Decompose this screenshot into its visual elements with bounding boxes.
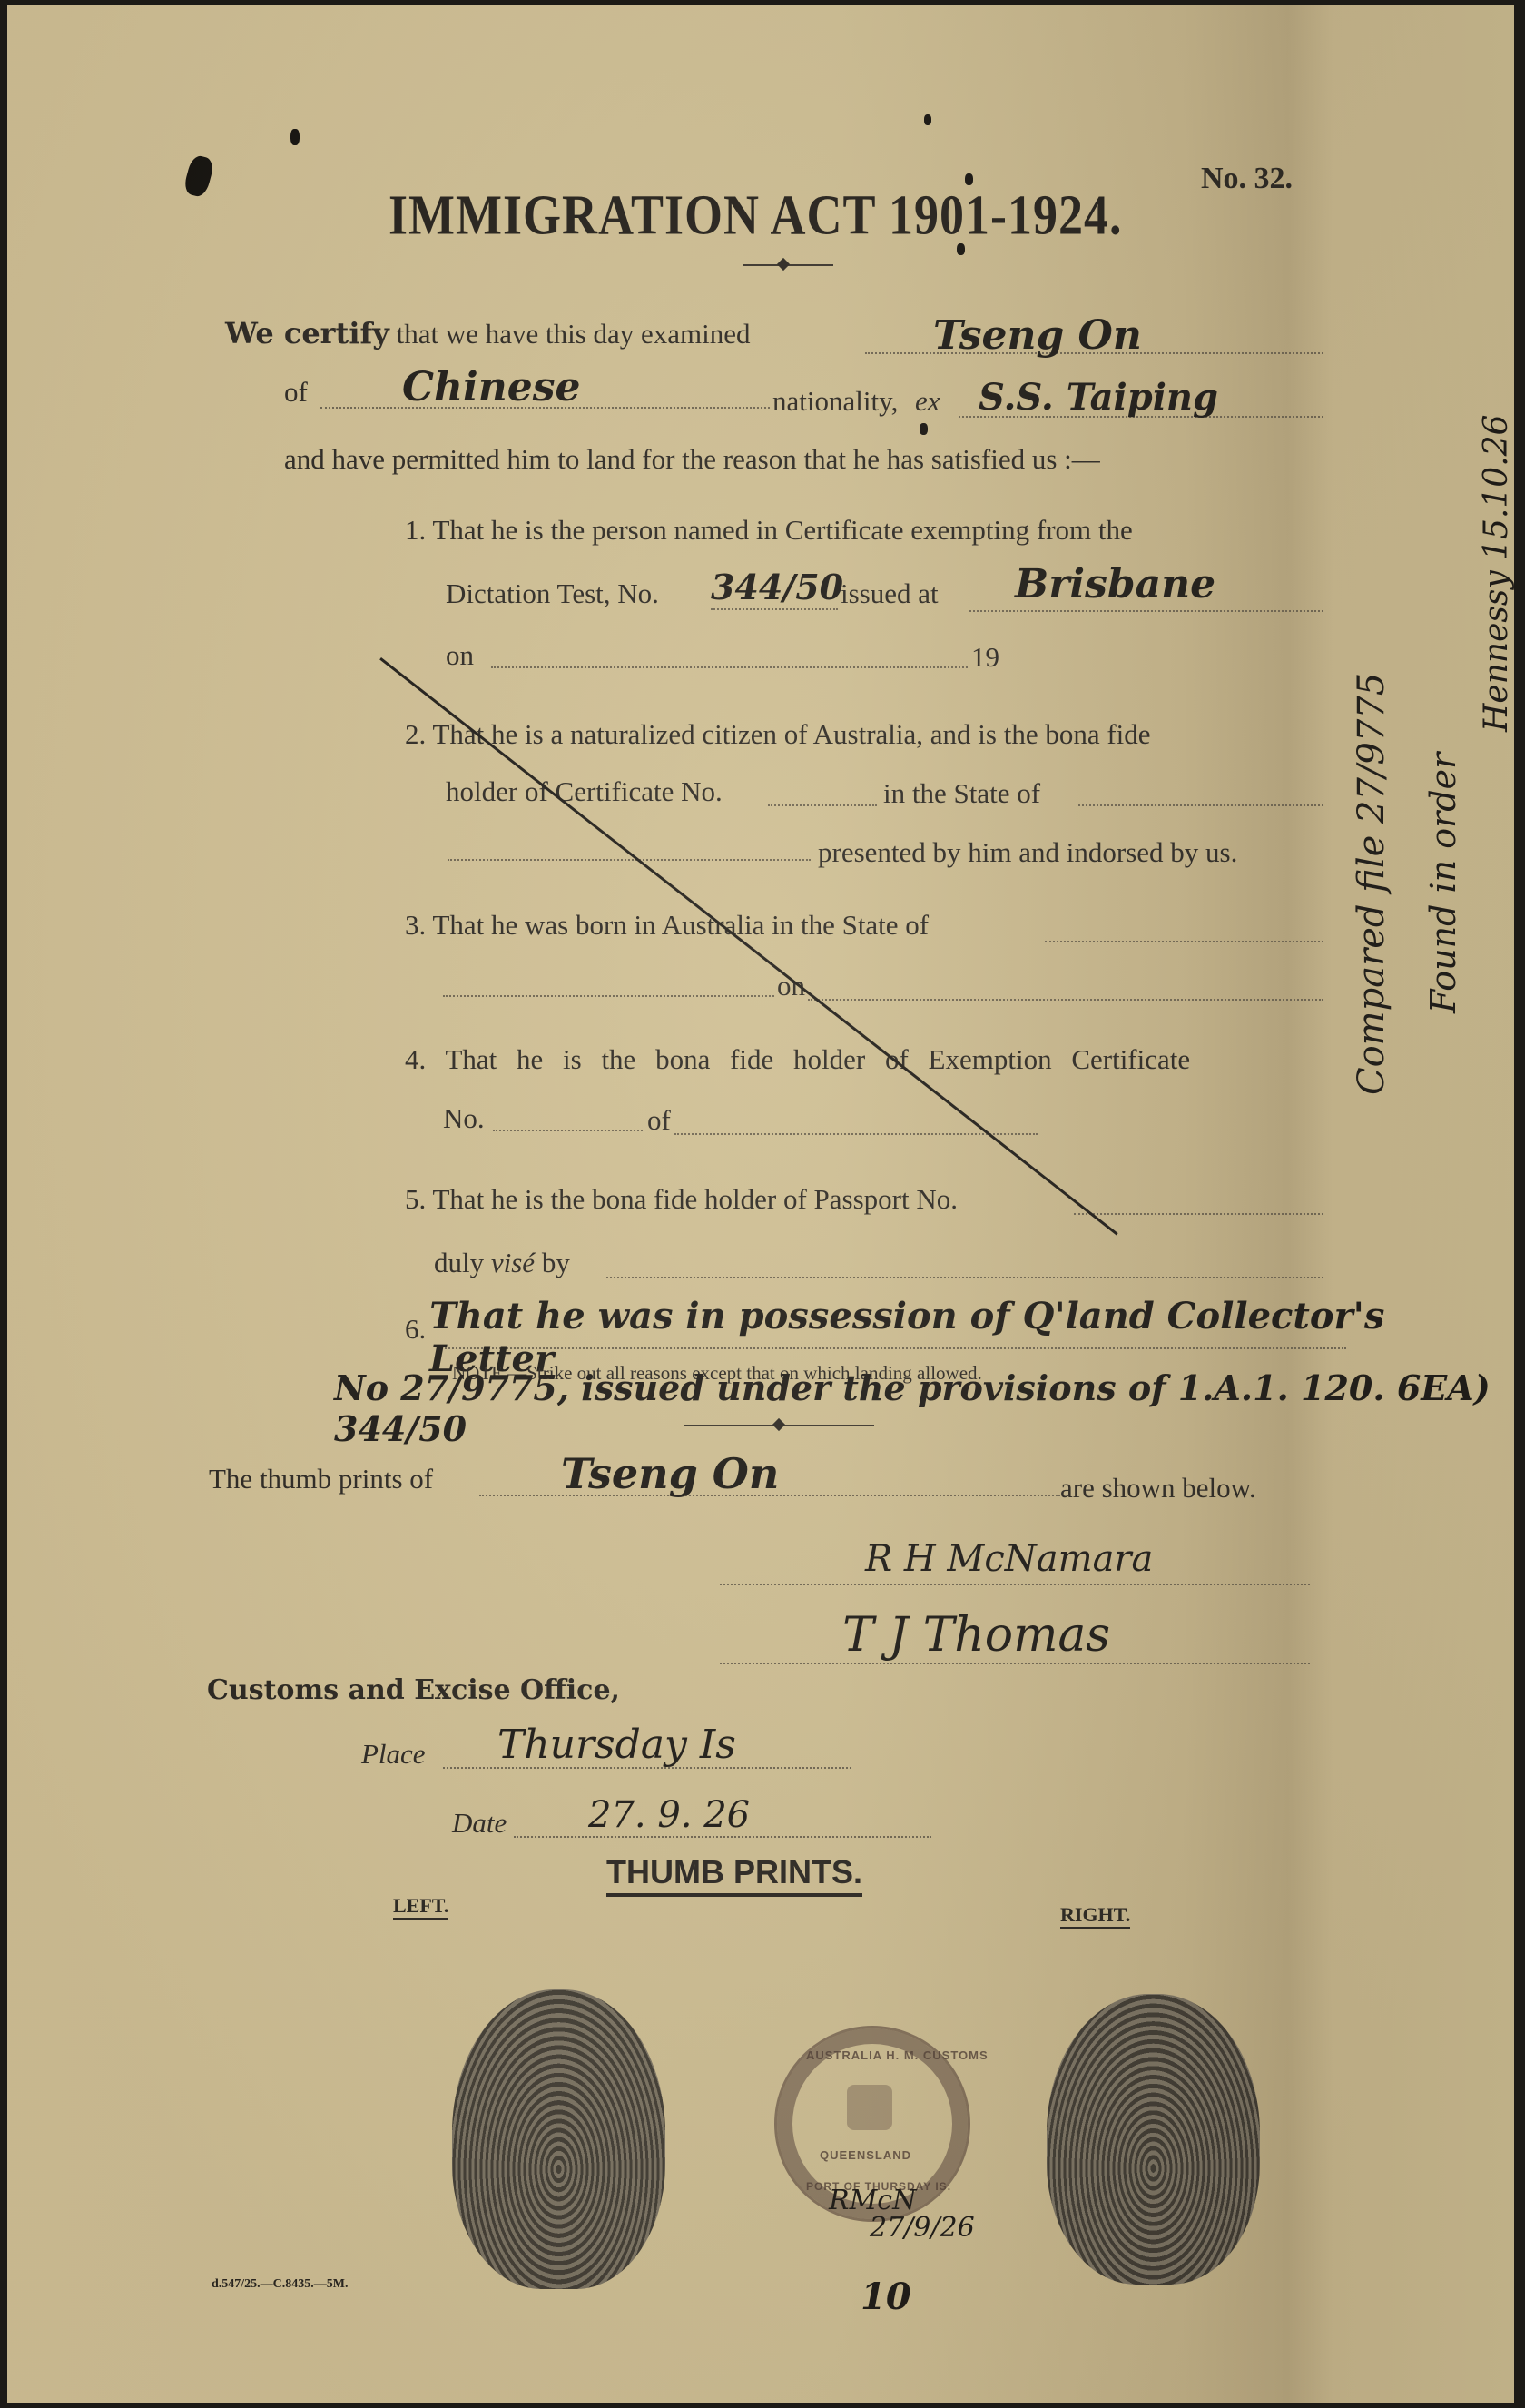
date-field [514,1836,931,1838]
coat-of-arms-icon [847,2085,892,2130]
reason-4-of-label: of [647,1104,671,1137]
reason-6-handwritten-line1: That he was in possession of Q'land Coll… [429,1295,1514,1380]
punch-dot [924,114,931,125]
certify-lead: We certify [225,316,389,350]
thumb-prints-heading: THUMB PRINTS. [606,1853,862,1897]
reason-5-line1: 5. That he is the bona fide holder of Pa… [405,1183,958,1216]
nationality-field [320,407,770,409]
examined-name-value: Tseng On [933,312,1142,359]
ornament-diamond-icon [777,258,790,271]
certificate-no-field [711,608,838,610]
stamp-outer-bottom: PORT OF THURSDAY IS. [806,2180,951,2193]
reason-4-no-field [493,1130,643,1131]
reason-1-on-label: on [446,639,474,672]
reason-2-line1: 2. That he is a naturalized citizen of A… [405,718,1151,751]
signature-1: R H McNamara [865,1538,1153,1580]
note-ornament [684,1425,874,1426]
issued-at-value: Brisbane [1015,561,1215,607]
margin-note-line1: Compared file 27/9775 [1351,673,1392,1095]
thumb-prints-name: Tseng On [561,1449,779,1498]
reason-3-state-field [1045,941,1323,942]
reason-3-line2-field [443,995,774,997]
stamp-date: 27/9/26 [870,2212,975,2244]
reason-5-passport-field [1074,1213,1323,1215]
reason-1-date-field [491,666,968,668]
bottom-mark: 10 [861,2275,911,2318]
ornament-diamond-icon [772,1418,785,1431]
title-ornament [743,264,833,266]
document-page: No. 32. IMMIGRATION ACT 1901-1924. We ce… [7,5,1514,2403]
ship-field [959,416,1323,418]
form-number: No. 32. [1201,162,1293,196]
permitted-text: and have permitted him to land for the r… [284,443,1100,476]
nationality-value: Chinese [402,364,580,410]
office-label: Customs and Excise Office, [207,1674,620,1706]
thumb-prints-name-field [479,1495,1060,1496]
right-thumbprint [1047,1994,1260,2285]
date-value: 27. 9. 26 [588,1794,750,1836]
issued-at-field [969,610,1323,612]
examined-name-field [865,352,1323,354]
margin-note-line3: Hennessy 15.10.26 [1478,415,1515,732]
reason-2-line3: presented by him and indorsed by us. [818,836,1237,869]
place-value: Thursday Is [497,1722,736,1768]
certify-line: We certify that we have this day examine… [225,316,751,350]
printer-code: d.547/25.—C.8435.—5M. [212,2277,349,2292]
left-thumb-label: LEFT. [393,1894,448,1920]
stamp-outer-top: AUSTRALIA H. M. CUSTOMS [806,2048,989,2062]
reason-4-line1: 4. That he is the bona fide holder of Ex… [405,1043,1190,1076]
thumb-prints-prefix: The thumb prints of [209,1463,433,1495]
strike-out-note: NOTE.—Strike out all reasons except that… [452,1362,982,1385]
nationality-label: nationality, [772,385,898,418]
reason-1-line2: Dictation Test, No. [446,577,659,610]
reason-6-number: 6. [405,1313,426,1346]
reason-2-state-label: in the State of [883,777,1040,810]
reason-3-date-field [808,999,1323,1001]
left-thumbprint [452,1989,665,2289]
certificate-no-value: 344/50 [711,567,843,607]
reason-5-vise-line: duly visé by [434,1247,570,1279]
reason-2-state-field [1078,804,1323,806]
reason-5-by-field [606,1277,1323,1278]
signature-2: T J Thomas [842,1608,1110,1663]
reason-3-on-label: on [777,970,805,1002]
paper-hole [182,153,216,198]
place-label: Place [361,1738,426,1771]
paper-hole [290,129,300,145]
stamp-inner: QUEENSLAND [820,2148,911,2162]
right-thumb-label: RIGHT. [1060,1903,1130,1929]
reason-4-of-field [674,1133,1038,1135]
date-label: Date [452,1807,507,1840]
reason-1-year: 19 [971,641,999,674]
punch-dot [965,173,973,185]
reason-2-cert-field [768,804,877,806]
margin-note-line2: Found in order [1423,753,1463,1013]
of-label: of [284,376,308,409]
ship-value: S.S. Taiping [979,376,1218,419]
ex-label: ex [915,385,940,418]
customs-stamp [774,2026,970,2222]
reason-6-handwritten-line2: No 27/9775, issued under the provisions … [334,1367,1514,1449]
reason-3-line1: 3. That he was born in Australia in the … [405,909,929,942]
reason-2-line2: holder of Certificate No. [446,775,723,808]
punch-dot [957,243,965,255]
signature-line-2 [720,1663,1310,1664]
strike-out-line [379,657,1117,1235]
reason-1-line1: 1. That he is the person named in Certif… [405,514,1133,547]
certify-text: that we have this day examined [397,318,751,350]
punch-dot [920,423,928,435]
signature-line-1 [720,1584,1310,1585]
reason-4-no-label: No. [443,1102,485,1135]
reason-6-field [438,1347,1346,1349]
stamp-initials: RMcN [829,2185,916,2216]
thumb-prints-suffix: are shown below. [1060,1472,1256,1505]
reason-2-line3-field [448,859,811,861]
issued-at-label: issued at [841,577,939,610]
place-field [443,1767,851,1769]
document-title: IMMIGRATION ACT 1901-1924. [389,183,1123,247]
